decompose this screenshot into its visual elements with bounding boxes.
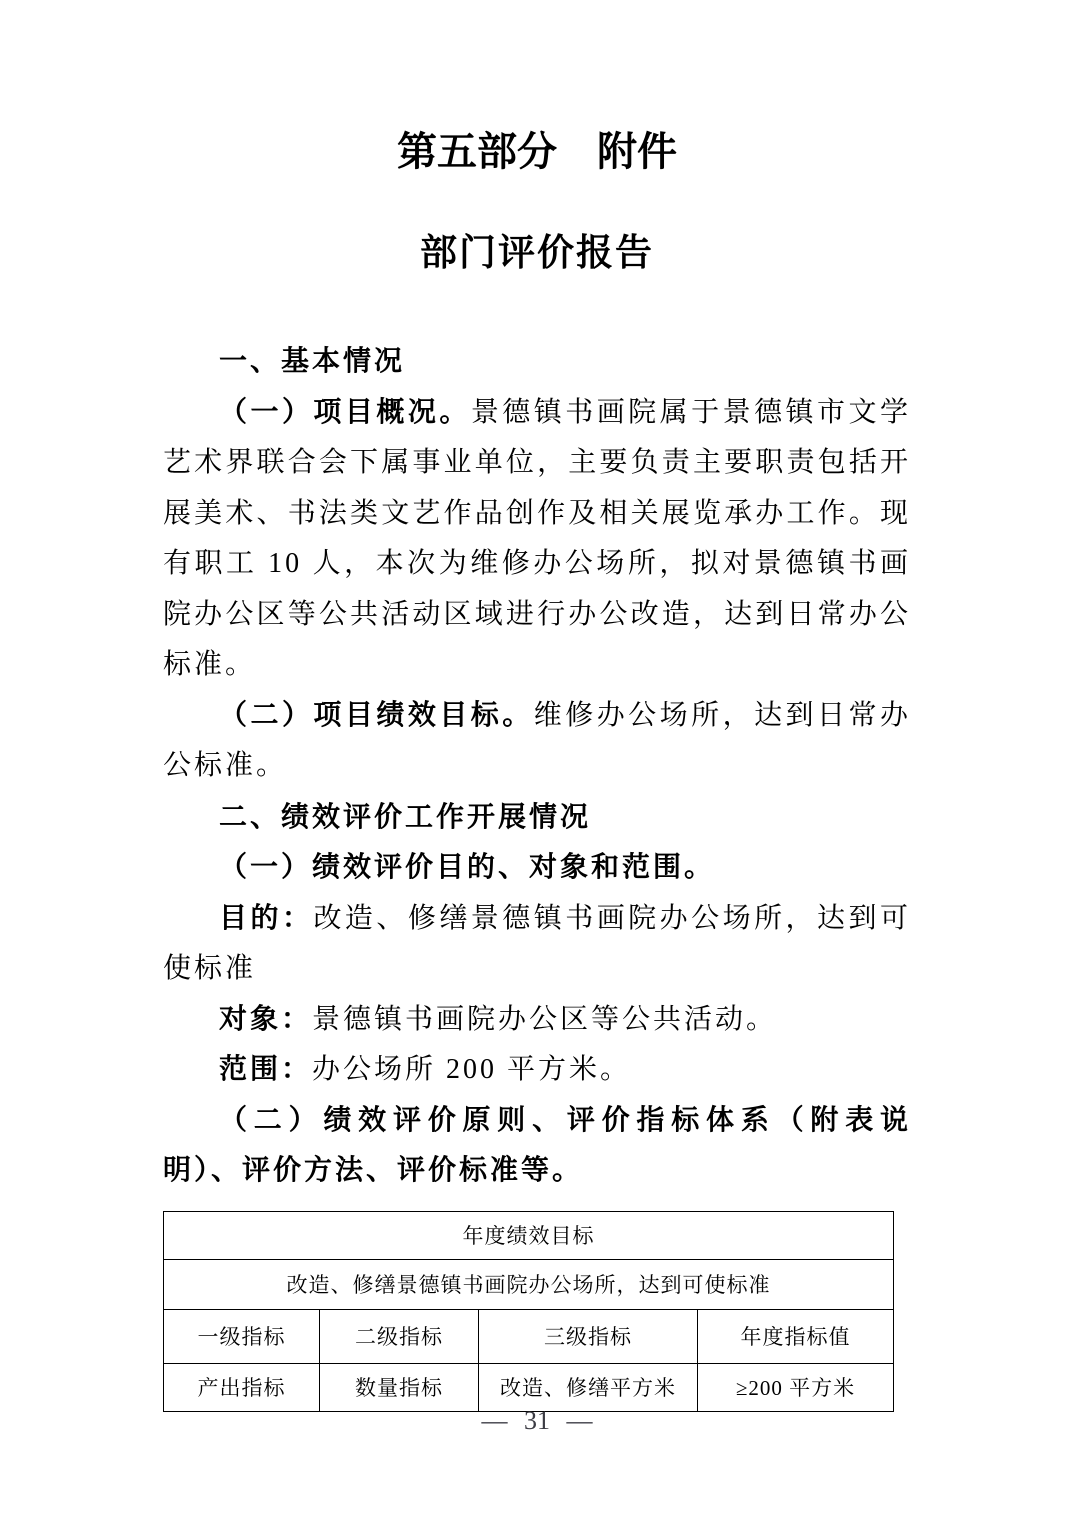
header-level3-indicator: 三级指标 [479, 1309, 698, 1363]
table-data-row: 产出指标 数量指标 改造、修缮平方米 ≥200 平方米 [164, 1363, 894, 1411]
para-lead: 范围： [219, 1054, 312, 1085]
para-object: 对象：景德镇书画院办公区等公共活动。 [163, 995, 911, 1046]
section-heading-evaluation-work: 二、绩效评价工作开展情况 [163, 792, 911, 844]
heading-text: （二）绩效评价原则、评价指标体系（附表说明）、评价方法、评价标准等。 [163, 1105, 911, 1187]
cell-quantity-indicator: 数量指标 [320, 1363, 479, 1411]
header-annual-target-value: 年度指标值 [698, 1309, 894, 1363]
table-goal-row: 改造、修缮景德镇书画院办公场所，达到可使标准 [164, 1259, 894, 1309]
document-body: 一、基本情况 （一）项目概况。景德镇书画院属于景德镇市文学艺术界联合会下属事业单… [163, 336, 911, 1197]
para-scope: 范围：办公场所 200 平方米。 [163, 1045, 911, 1096]
header-level2-indicator: 二级指标 [320, 1309, 479, 1363]
cell-output-indicator: 产出指标 [164, 1363, 320, 1411]
cell-target-value: ≥200 平方米 [698, 1363, 894, 1411]
part-title: 第五部分 附件 [0, 0, 1074, 176]
para-lead: （二）项目绩效目标。 [219, 700, 534, 731]
table-title-row: 年度绩效目标 [164, 1211, 894, 1259]
heading-text: 一、基本情况 [219, 345, 405, 376]
para-purpose: 目的：改造、修缮景德镇书画院办公场所，达到可使标准 [163, 894, 911, 995]
para-lead: （一）项目概况。 [219, 397, 471, 428]
table-header-row: 一级指标 二级指标 三级指标 年度指标值 [164, 1309, 894, 1363]
document-page: 第五部分 附件 部门评价报告 一、基本情况 （一）项目概况。景德镇书画院属于景德… [0, 0, 1074, 1520]
section-heading-basic-info: 一、基本情况 [163, 336, 911, 388]
para-lead: 目的： [219, 903, 313, 934]
subsection-heading-principles: （二）绩效评价原则、评价指标体系（附表说明）、评价方法、评价标准等。 [163, 1096, 911, 1197]
para-text: 景德镇书画院属于景德镇市文学艺术界联合会下属事业单位，主要负责主要职责包括开展美… [163, 397, 911, 681]
para-text: 办公场所 200 平方米。 [312, 1054, 631, 1085]
cell-renovation-area: 改造、修缮平方米 [479, 1363, 698, 1411]
header-level1-indicator: 一级指标 [164, 1309, 320, 1363]
report-title: 部门评价报告 [0, 232, 1074, 276]
subsection-heading-purpose-scope: （一）绩效评价目的、对象和范围。 [163, 843, 911, 894]
annual-performance-table: 年度绩效目标 改造、修缮景德镇书画院办公场所，达到可使标准 一级指标 二级指标 … [163, 1211, 894, 1412]
table-goal-cell: 改造、修缮景德镇书画院办公场所，达到可使标准 [164, 1259, 894, 1309]
table-title-cell: 年度绩效目标 [164, 1211, 894, 1259]
para-lead: 对象： [219, 1004, 312, 1035]
para-project-overview: （一）项目概况。景德镇书画院属于景德镇市文学艺术界联合会下属事业单位，主要负责主… [163, 388, 911, 691]
heading-text: （一）绩效评价目的、对象和范围。 [219, 852, 715, 883]
heading-text: 二、绩效评价工作开展情况 [219, 801, 591, 832]
para-text: 景德镇书画院办公区等公共活动。 [312, 1004, 777, 1035]
page-number: — 31 — [0, 1406, 1074, 1436]
para-project-goal: （二）项目绩效目标。维修办公场所，达到日常办公标准。 [163, 691, 911, 792]
